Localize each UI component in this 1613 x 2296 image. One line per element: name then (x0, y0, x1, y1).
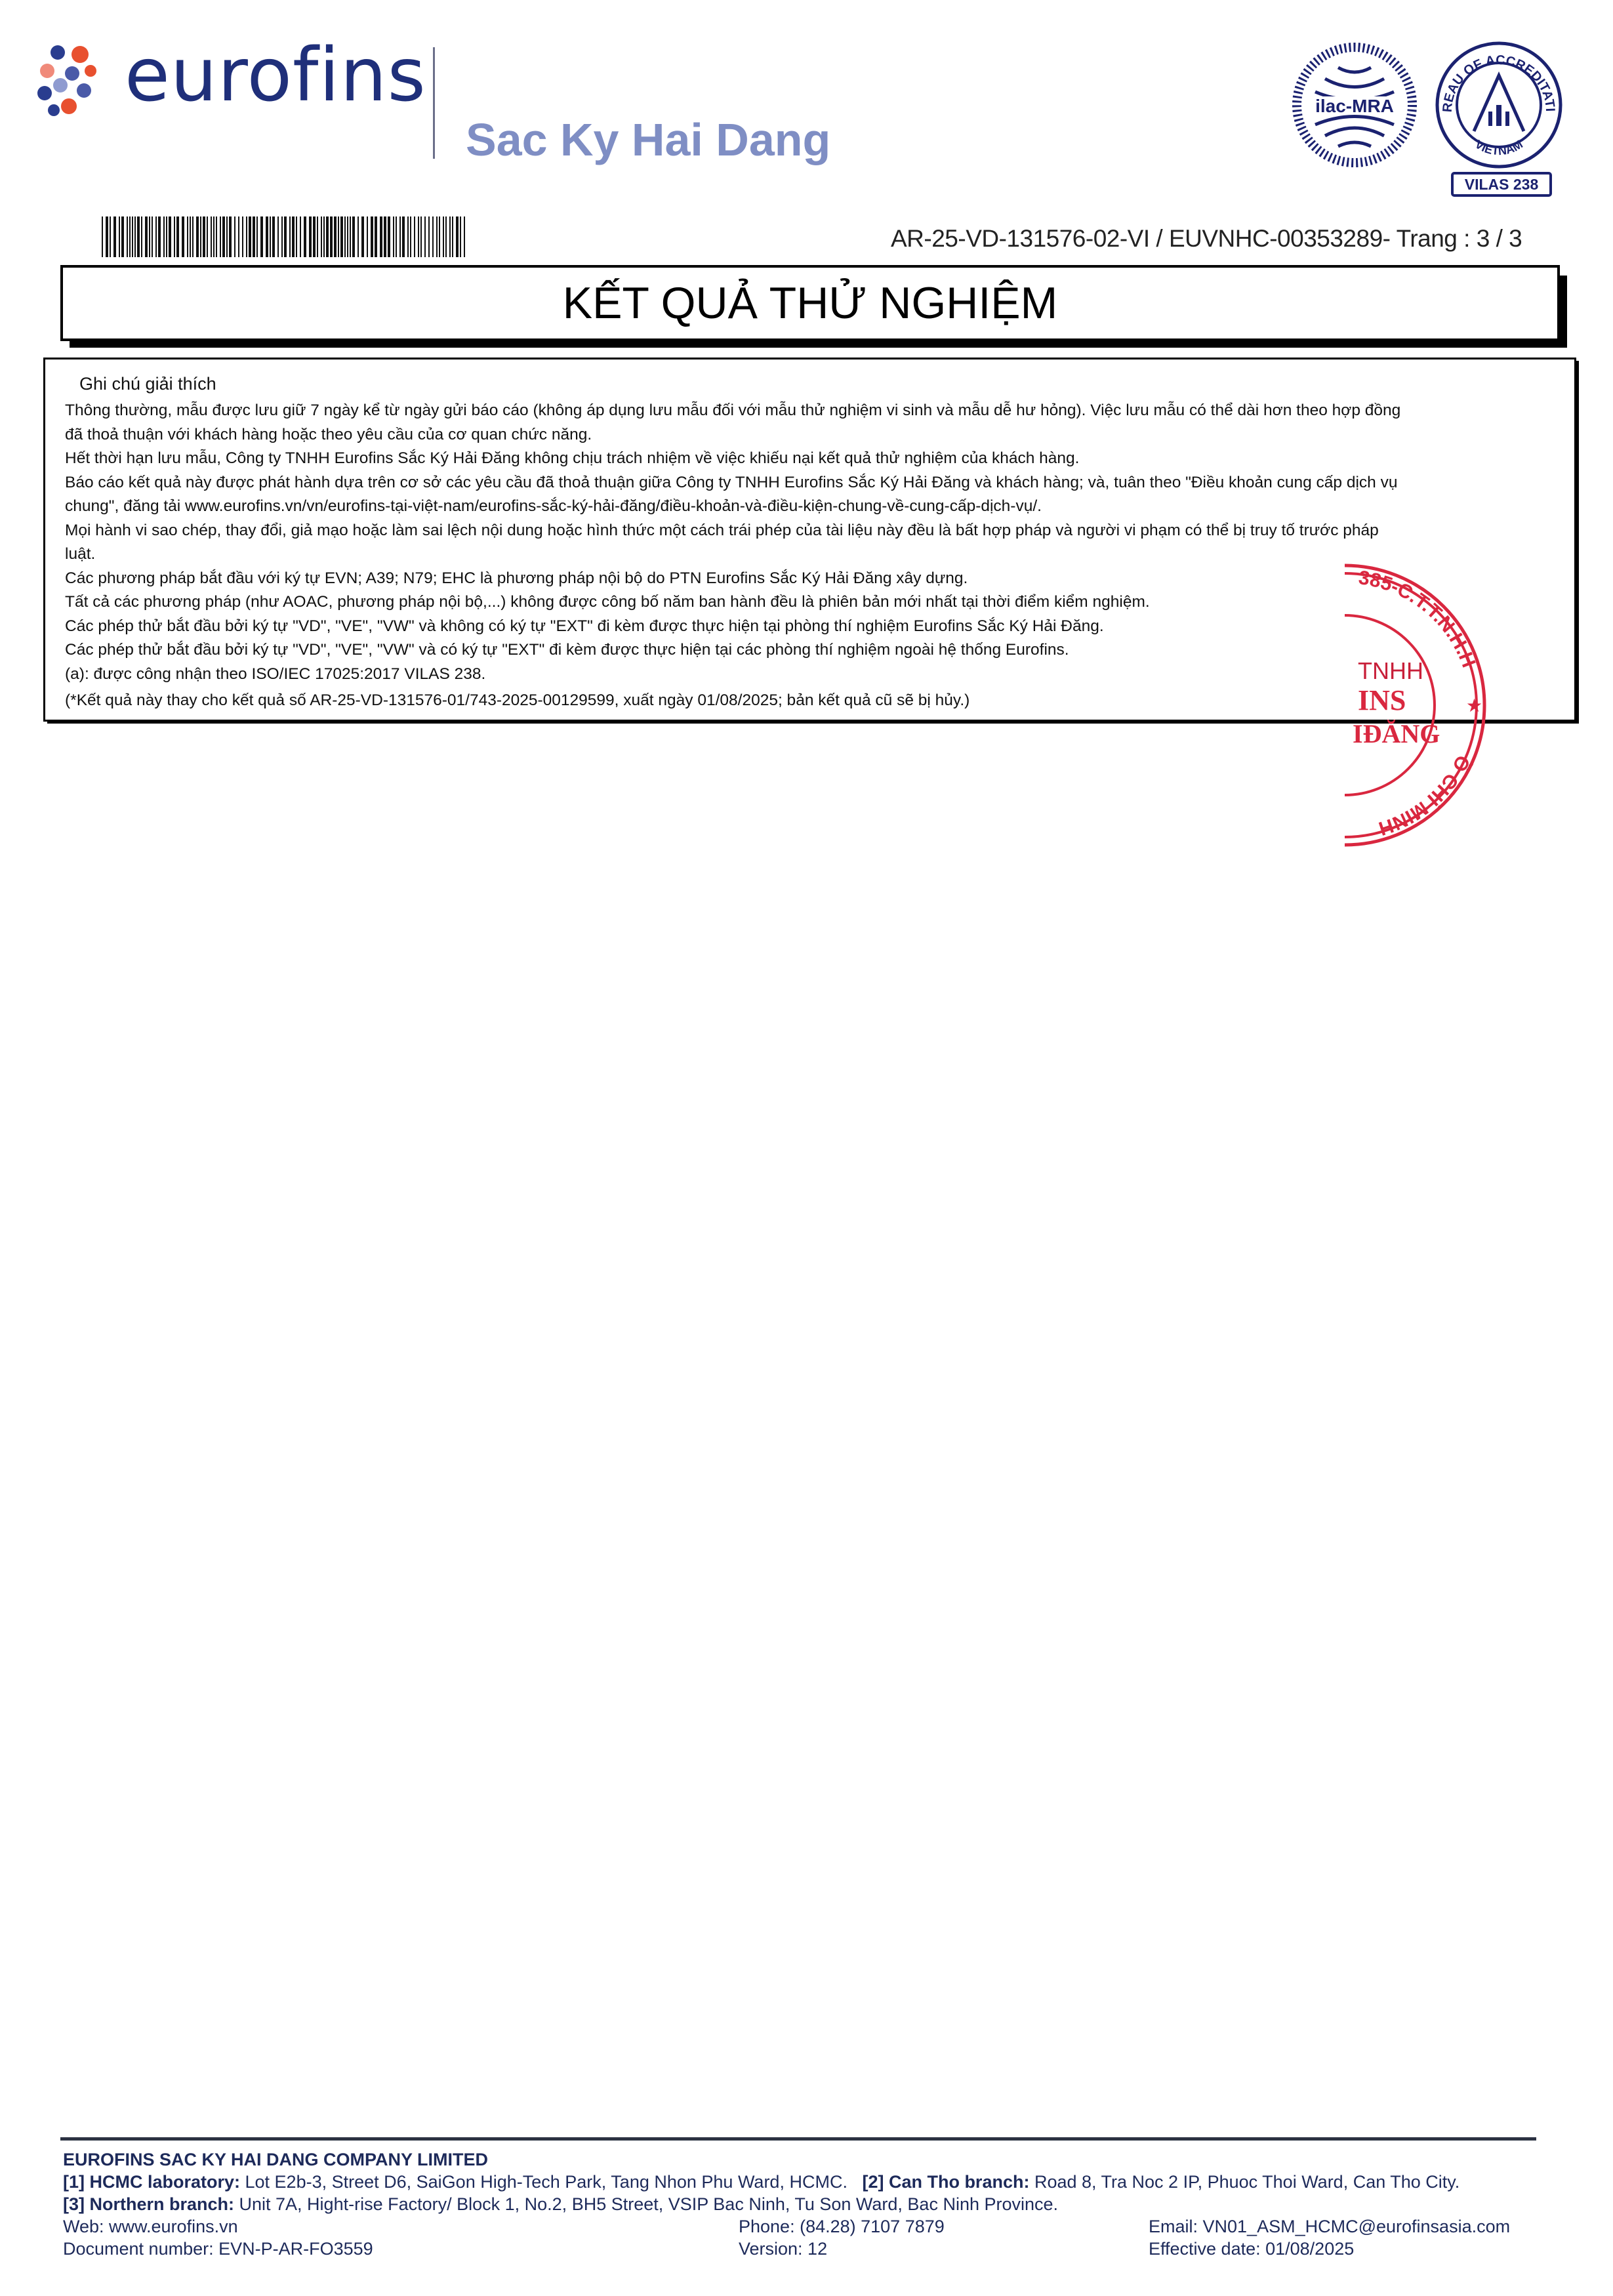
logo-divider (433, 47, 435, 159)
footer-address-line-1: [1] HCMC laboratory: Lot E2b-3, Street D… (63, 2171, 1572, 2193)
svg-text:TNHH: TNHH (1358, 657, 1423, 684)
title-box: KẾT QUẢ THỬ NGHIỆM (60, 265, 1560, 341)
footer-company: EUROFINS SAC KY HAI DANG COMPANY LIMITED (63, 2148, 1572, 2171)
can-tho-label: [2] Can Tho branch: (862, 2172, 1029, 2192)
note-line: chung", đăng tải www.eurofins.vn/vn/euro… (65, 495, 1567, 519)
page-title: KẾT QUẢ THỬ NGHIỆM (563, 277, 1058, 329)
note-line: đã thoả thuận với khách hàng hoặc theo y… (65, 423, 1567, 447)
svg-text:Ồ CHÍ MINH: Ồ CHÍ MINH (1376, 752, 1475, 840)
northern-branch-address: Unit 7A, Hight-rise Factory/ Block 1, No… (234, 2194, 1058, 2214)
barcode-icon (102, 216, 466, 257)
footer-version: Version: 12 (739, 2238, 827, 2260)
note-line: Hết thời hạn lưu mẫu, Công ty TNHH Eurof… (65, 447, 1567, 471)
ilac-mra-icon: ilac-MRA (1292, 43, 1417, 167)
svg-text:VIETNAM: VIETNAM (1473, 138, 1525, 158)
footer-effective-date: Effective date: 01/08/2025 (1149, 2238, 1354, 2260)
company-seal-stamp: 385-C.T.T.N.H.H Ồ CHÍ MINH ★ TNHH INS IĐ… (1338, 558, 1496, 853)
note-line: Mọi hành vi sao chép, thay đổi, giả mạo … (65, 519, 1567, 543)
svg-text:BUREAU OF ACCREDITATION: BUREAU OF ACCREDITATION (1433, 39, 1557, 113)
report-reference: AR-25-VD-131576-02-VI / EUVNHC-00353289-… (891, 223, 1522, 255)
footer-email: Email: VN01_ASM_HCMC@eurofinsasia.com (1149, 2215, 1510, 2238)
bureau-of-accreditation-icon: BUREAU OF ACCREDITATION VIETNAM (1433, 39, 1564, 171)
eurofins-logo: eurofins (33, 33, 400, 118)
note-line: Thông thường, mẫu được lưu giữ 7 ngày kể… (65, 399, 1567, 423)
footer: EUROFINS SAC KY HAI DANG COMPANY LIMITED… (63, 2148, 1572, 2260)
can-tho-address: Road 8, Tra Noc 2 IP, Phuoc Thoi Ward, C… (1029, 2172, 1460, 2192)
svg-text:INS: INS (1358, 684, 1406, 716)
svg-text:IĐĂNG: IĐĂNG (1353, 719, 1440, 748)
footer-rule (60, 2137, 1536, 2141)
hcmc-lab-label: [1] HCMC laboratory: (63, 2172, 240, 2192)
hcmc-lab-address: Lot E2b-3, Street D6, SaiGon High-Tech P… (240, 2172, 862, 2192)
subbrand-name: Sac Ky Hai Dang (466, 110, 830, 169)
footer-web: Web: www.eurofins.vn (63, 2217, 238, 2236)
notes-heading: Ghi chú giải thích (79, 374, 216, 394)
brand-wordmark: eurofins (125, 36, 426, 115)
footer-contact-row: Web: www.eurofins.vn Phone: (84.28) 7107… (63, 2215, 1572, 2238)
footer-document-row: Document number: EVN-P-AR-FO3559 Version… (63, 2238, 1572, 2260)
footer-address-line-2: [3] Northern branch: Unit 7A, Hight-rise… (63, 2193, 1572, 2215)
eurofins-molecule-icon (33, 33, 112, 118)
note-line: Báo cáo kết quả này được phát hành dựa t… (65, 471, 1567, 495)
footer-phone: Phone: (84.28) 7107 7879 (739, 2215, 945, 2238)
svg-text:ilac-MRA: ilac-MRA (1315, 96, 1394, 116)
vilas-badge: VILAS 238 (1451, 172, 1552, 197)
northern-branch-label: [3] Northern branch: (63, 2194, 234, 2214)
footer-document-number: Document number: EVN-P-AR-FO3559 (63, 2239, 373, 2259)
svg-text:★: ★ (1466, 695, 1482, 716)
